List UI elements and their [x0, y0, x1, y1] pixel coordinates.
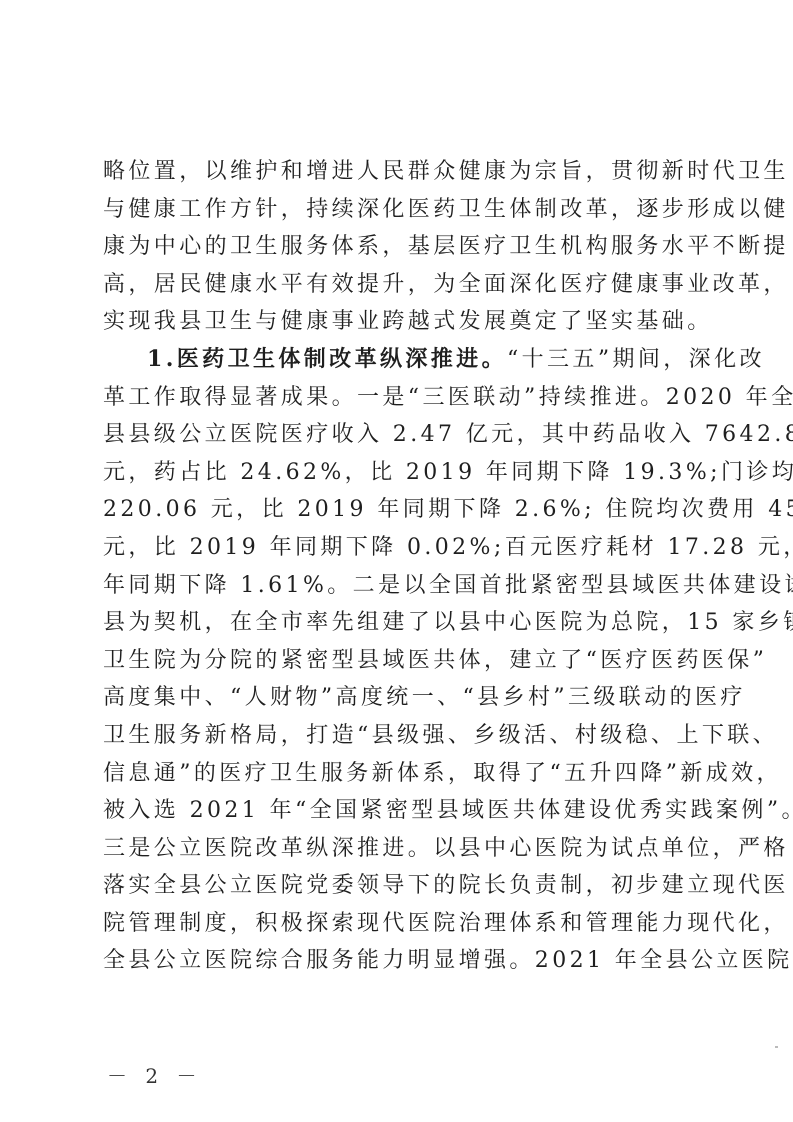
document-page: 略位置，以维护和增进人民群众健康为宗旨，贯彻新时代卫生 与健康工作方针，持续深化…: [0, 0, 793, 1122]
text-line: 元，药占比 24.62%，比 2019 年同期下降 19.3%;门诊均次费用: [103, 454, 721, 492]
text-line: 落实全县公立医院党委领导下的院长负责制，初步建立现代医: [103, 867, 721, 905]
text-line: 三是公立医院改革纵深推进。以县中心医院为试点单位，严格: [103, 830, 721, 868]
section-first-line: 1.医药卫生体制改革纵深推进。“十三五”期间，深化改: [103, 341, 721, 379]
text-line: 革工作取得显著成果。一是“三医联动”持续推进。2020 年全: [103, 379, 721, 417]
body-text: 略位置，以维护和增进人民群众健康为宗旨，贯彻新时代卫生 与健康工作方针，持续深化…: [103, 153, 721, 980]
text-line: 略位置，以维护和增进人民群众健康为宗旨，贯彻新时代卫生: [103, 153, 721, 191]
text-fragment: “十三五”期间，深化改: [507, 347, 765, 372]
text-line: 220.06 元，比 2019 年同期下降 2.6%; 住院均次费用 4598.…: [103, 491, 721, 529]
text-line: 信息通”的医疗卫生服务新体系，取得了“五升四降”新成效，: [103, 755, 721, 793]
text-line: 卫生院为分院的紧密型县域医共体，建立了“医疗医药医保”: [103, 642, 721, 680]
text-line: 县为契机，在全市率先组建了以县中心医院为总院，15 家乡镇: [103, 604, 721, 642]
page-number: － 2 －: [107, 1060, 202, 1089]
text-line: 被入选 2021 年“全国紧密型县域医共体建设优秀实践案例”。: [103, 792, 721, 830]
text-line: 康为中心的卫生服务体系，基层医疗卫生机构服务水平不断提: [103, 228, 721, 266]
text-line: 实现我县卫生与健康事业跨越式发展奠定了坚实基础。: [103, 303, 721, 341]
text-line: 与健康工作方针，持续深化医药卫生体制改革，逐步形成以健: [103, 191, 721, 229]
text-line: 院管理制度，积极探索现代医院治理体系和管理能力现代化，: [103, 905, 721, 943]
text-line: 高度集中、“人财物”高度统一、“县乡村”三级联动的医疗: [103, 679, 721, 717]
scan-artifact: [775, 1046, 778, 1048]
section-heading: 1.医药卫生体制改革纵深推进。: [147, 346, 507, 372]
text-line: 全县公立医院综合服务能力明显增强。2021 年全县公立医院收: [103, 942, 721, 980]
text-line: 年同期下降 1.61%。二是以全国首批紧密型县域医共体建设试点: [103, 567, 721, 605]
text-line: 卫生服务新格局，打造“县级强、乡级活、村级稳、上下联、: [103, 717, 721, 755]
text-line: 县县级公立医院医疗收入 2.47 亿元，其中药品收入 7642.89 万: [103, 416, 721, 454]
text-line: 元，比 2019 年同期下降 0.02%;百元医疗耗材 17.28 元，比 20…: [103, 529, 721, 567]
text-line: 高，居民健康水平有效提升，为全面深化医疗健康事业改革，: [103, 266, 721, 304]
